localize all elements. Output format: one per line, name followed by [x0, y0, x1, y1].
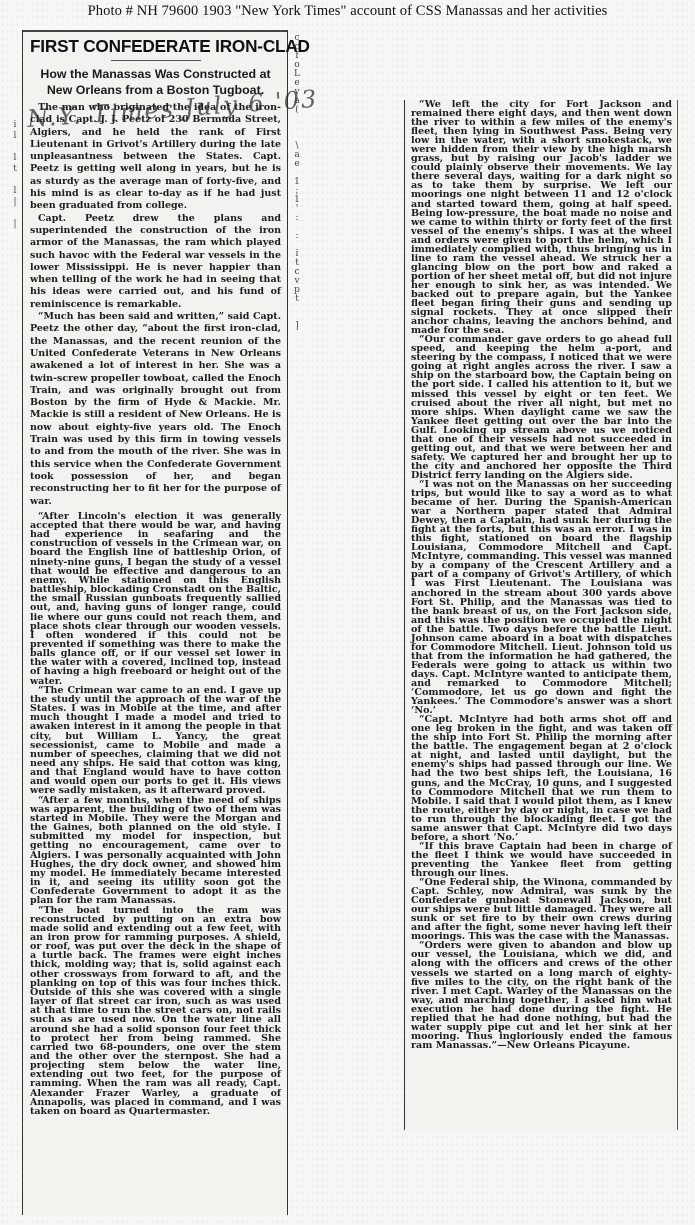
article-paragraph: “If this brave Captain had been in charg… — [411, 842, 672, 878]
article-paragraph: “Capt. McIntyre had both arms shot off a… — [411, 715, 672, 842]
article-paragraph: “Our commander gave orders to go ahead f… — [411, 335, 672, 480]
headline-rule — [111, 60, 201, 61]
article-paragraph: “We left the city for Fort Jackson and r… — [411, 100, 672, 335]
photo-caption: Photo # NH 79600 1903 "New York Times" a… — [0, 3, 695, 20]
article-paragraph: “Orders were given to abandon and blow u… — [411, 941, 672, 1050]
article-paragraph: “After a few months, when the need of sh… — [30, 796, 281, 906]
article-subhead: How the Manassas Was Constructed at New … — [30, 66, 281, 98]
article-paragraph: “I was not on the Manassas on her succee… — [411, 480, 672, 715]
article-column-right: “We left the city for Fort Jackson and r… — [404, 100, 678, 1130]
article-paragraph: “Much has been said and written,” said C… — [30, 311, 281, 508]
article-paragraph: “The Crimean war came to an end. I gave … — [30, 686, 281, 796]
article-paragraph: The man who originated the idea of the i… — [30, 102, 281, 213]
article-headline: FIRST CONFEDERATE IRON-CLAD — [30, 36, 281, 57]
article-column-left: FIRST CONFEDERATE IRON-CLAD How the Mana… — [22, 30, 288, 1215]
article-body-left-a: The man who originated the idea of the i… — [30, 102, 281, 508]
article-body-right: “We left the city for Fort Jackson and r… — [411, 100, 672, 1050]
article-paragraph: “After Lincoln's election it was general… — [30, 512, 281, 686]
article-paragraph: “One Federal ship, the Winona, commanded… — [411, 878, 672, 941]
right-edge-fragments: ccfoLeva(\ae1;1'::itcvpt] — [292, 34, 302, 331]
article-paragraph: “The boat turned into the ram was recons… — [30, 906, 281, 1117]
article-body-left-b: “After Lincoln's election it was general… — [30, 512, 281, 1116]
article-paragraph: Capt. Peetz drew the plans and superinte… — [30, 213, 281, 311]
left-edge-fragments: illtl|| — [10, 120, 20, 230]
